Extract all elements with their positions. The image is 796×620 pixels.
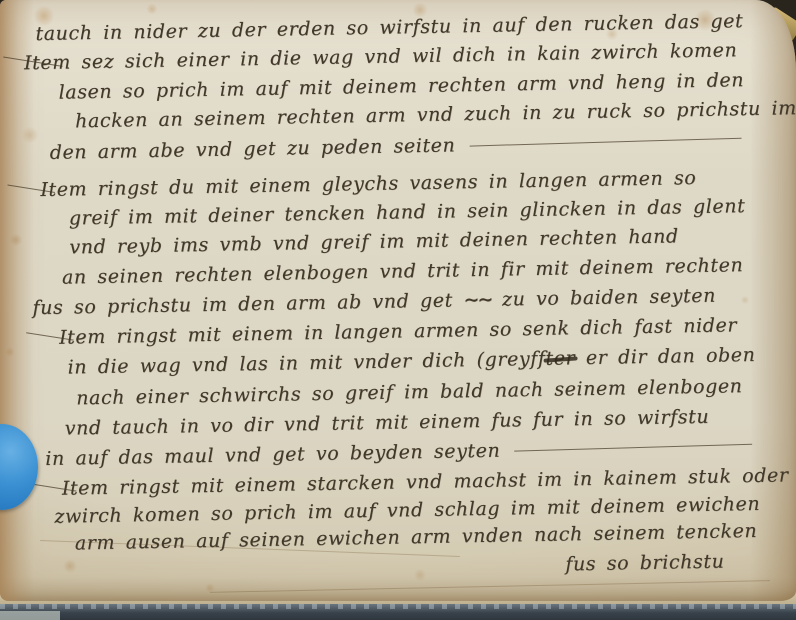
manuscript-text: tauch in nider zu der erden so wirfstu i… bbox=[0, 0, 796, 601]
line-text: in die wag vnd las in mit vnder dich (gr… bbox=[67, 348, 545, 379]
manuscript-page: tauch in nider zu der erden so wirfstu i… bbox=[0, 0, 796, 601]
line-text: zu vo baiden seyten bbox=[491, 285, 716, 311]
table-corner bbox=[0, 611, 60, 620]
ink-blot: ∼∼ bbox=[463, 289, 491, 312]
book-edge-shadow bbox=[0, 604, 796, 620]
line-text: fus so prichstu im den arm ab vnd get bbox=[32, 289, 463, 319]
line-text: er dir dan oben bbox=[575, 344, 756, 369]
catchword: fus so brichstu bbox=[565, 548, 725, 580]
line-text: in auf das maul vnd get vo beyden seyten bbox=[45, 440, 500, 470]
filler-line bbox=[514, 444, 752, 455]
line-text: den arm abe vnd get zu peden seiten bbox=[50, 134, 456, 163]
filler-line bbox=[469, 138, 741, 150]
book-photo: tauch in nider zu der erden so wirfstu i… bbox=[0, 0, 796, 620]
struck-word: ter bbox=[545, 347, 575, 370]
